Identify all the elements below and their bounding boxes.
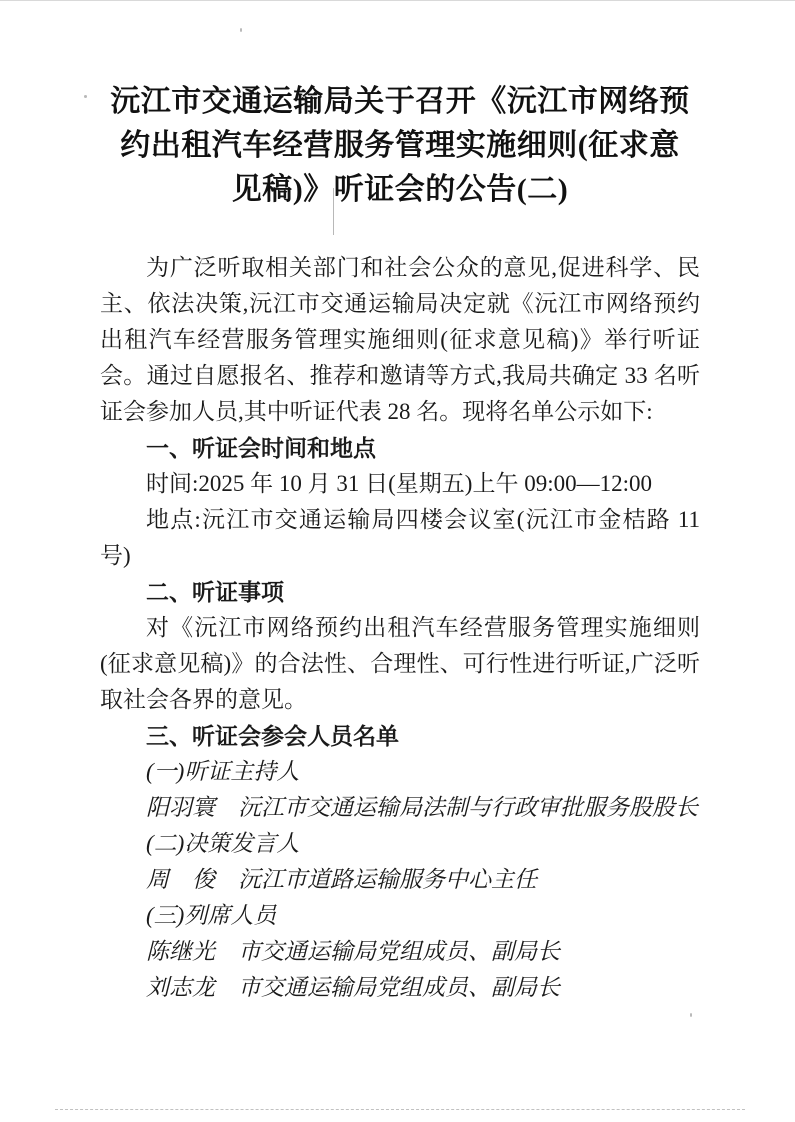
document-body: 为广泛听取相关部门和社会公众的意见,促进科学、民主、依法决策,沅江市交通运输局决… (100, 250, 700, 1006)
scan-speck (84, 95, 87, 98)
section2-body: 对《沅江市网络预约出租汽车经营服务管理实施细则(征求意见稿)》的合法性、合理性、… (100, 610, 700, 718)
scan-vertical-line-artifact (333, 188, 334, 235)
title-line-2: 约出租汽车经营服务管理实施细则(征求意 (100, 124, 700, 168)
title-line-1: 沅江市交通运输局关于召开《沅江市网络预 (100, 80, 700, 124)
title-line-3: 见稿)》听证会的公告(二) (100, 168, 700, 212)
attendee-line: 陈继光 市交通运输局党组成员、副局长 (100, 934, 700, 970)
section1-heading: 一、听证会时间和地点 (100, 430, 700, 466)
scan-edge-artifact (0, 0, 795, 1)
subsection3-heading: (三)列席人员 (100, 898, 700, 934)
hearing-time-line: 时间:2025 年 10 月 31 日(星期五)上午 09:00—12:00 (100, 466, 700, 502)
host-line: 阳羽寰 沅江市交通运输局法制与行政审批服务股股长 (100, 790, 700, 826)
section2-heading: 二、听证事项 (100, 574, 700, 610)
scanned-notice-page: 沅江市交通运输局关于召开《沅江市网络预 约出租汽车经营服务管理实施细则(征求意 … (0, 0, 795, 1122)
scan-bottom-dashes-artifact (55, 1109, 745, 1110)
hearing-location-line: 地点:沅江市交通运输局四楼会议室(沅江市金桔路 11 号) (100, 502, 700, 574)
document-title: 沅江市交通运输局关于召开《沅江市网络预 约出租汽车经营服务管理实施细则(征求意 … (100, 80, 700, 212)
attendee-line: 刘志龙 市交通运输局党组成员、副局长 (100, 970, 700, 1006)
section3-heading: 三、听证会参会人员名单 (100, 718, 700, 754)
document-content: 沅江市交通运输局关于召开《沅江市网络预 约出租汽车经营服务管理实施细则(征求意 … (100, 80, 700, 1006)
intro-paragraph: 为广泛听取相关部门和社会公众的意见,促进科学、民主、依法决策,沅江市交通运输局决… (100, 250, 700, 430)
subsection1-heading: (一)听证主持人 (100, 754, 700, 790)
speaker-line: 周 俊 沅江市道路运输服务中心主任 (100, 862, 700, 898)
subsection2-heading: (二)决策发言人 (100, 826, 700, 862)
scan-speck (240, 28, 242, 32)
scan-speck (690, 1013, 692, 1017)
